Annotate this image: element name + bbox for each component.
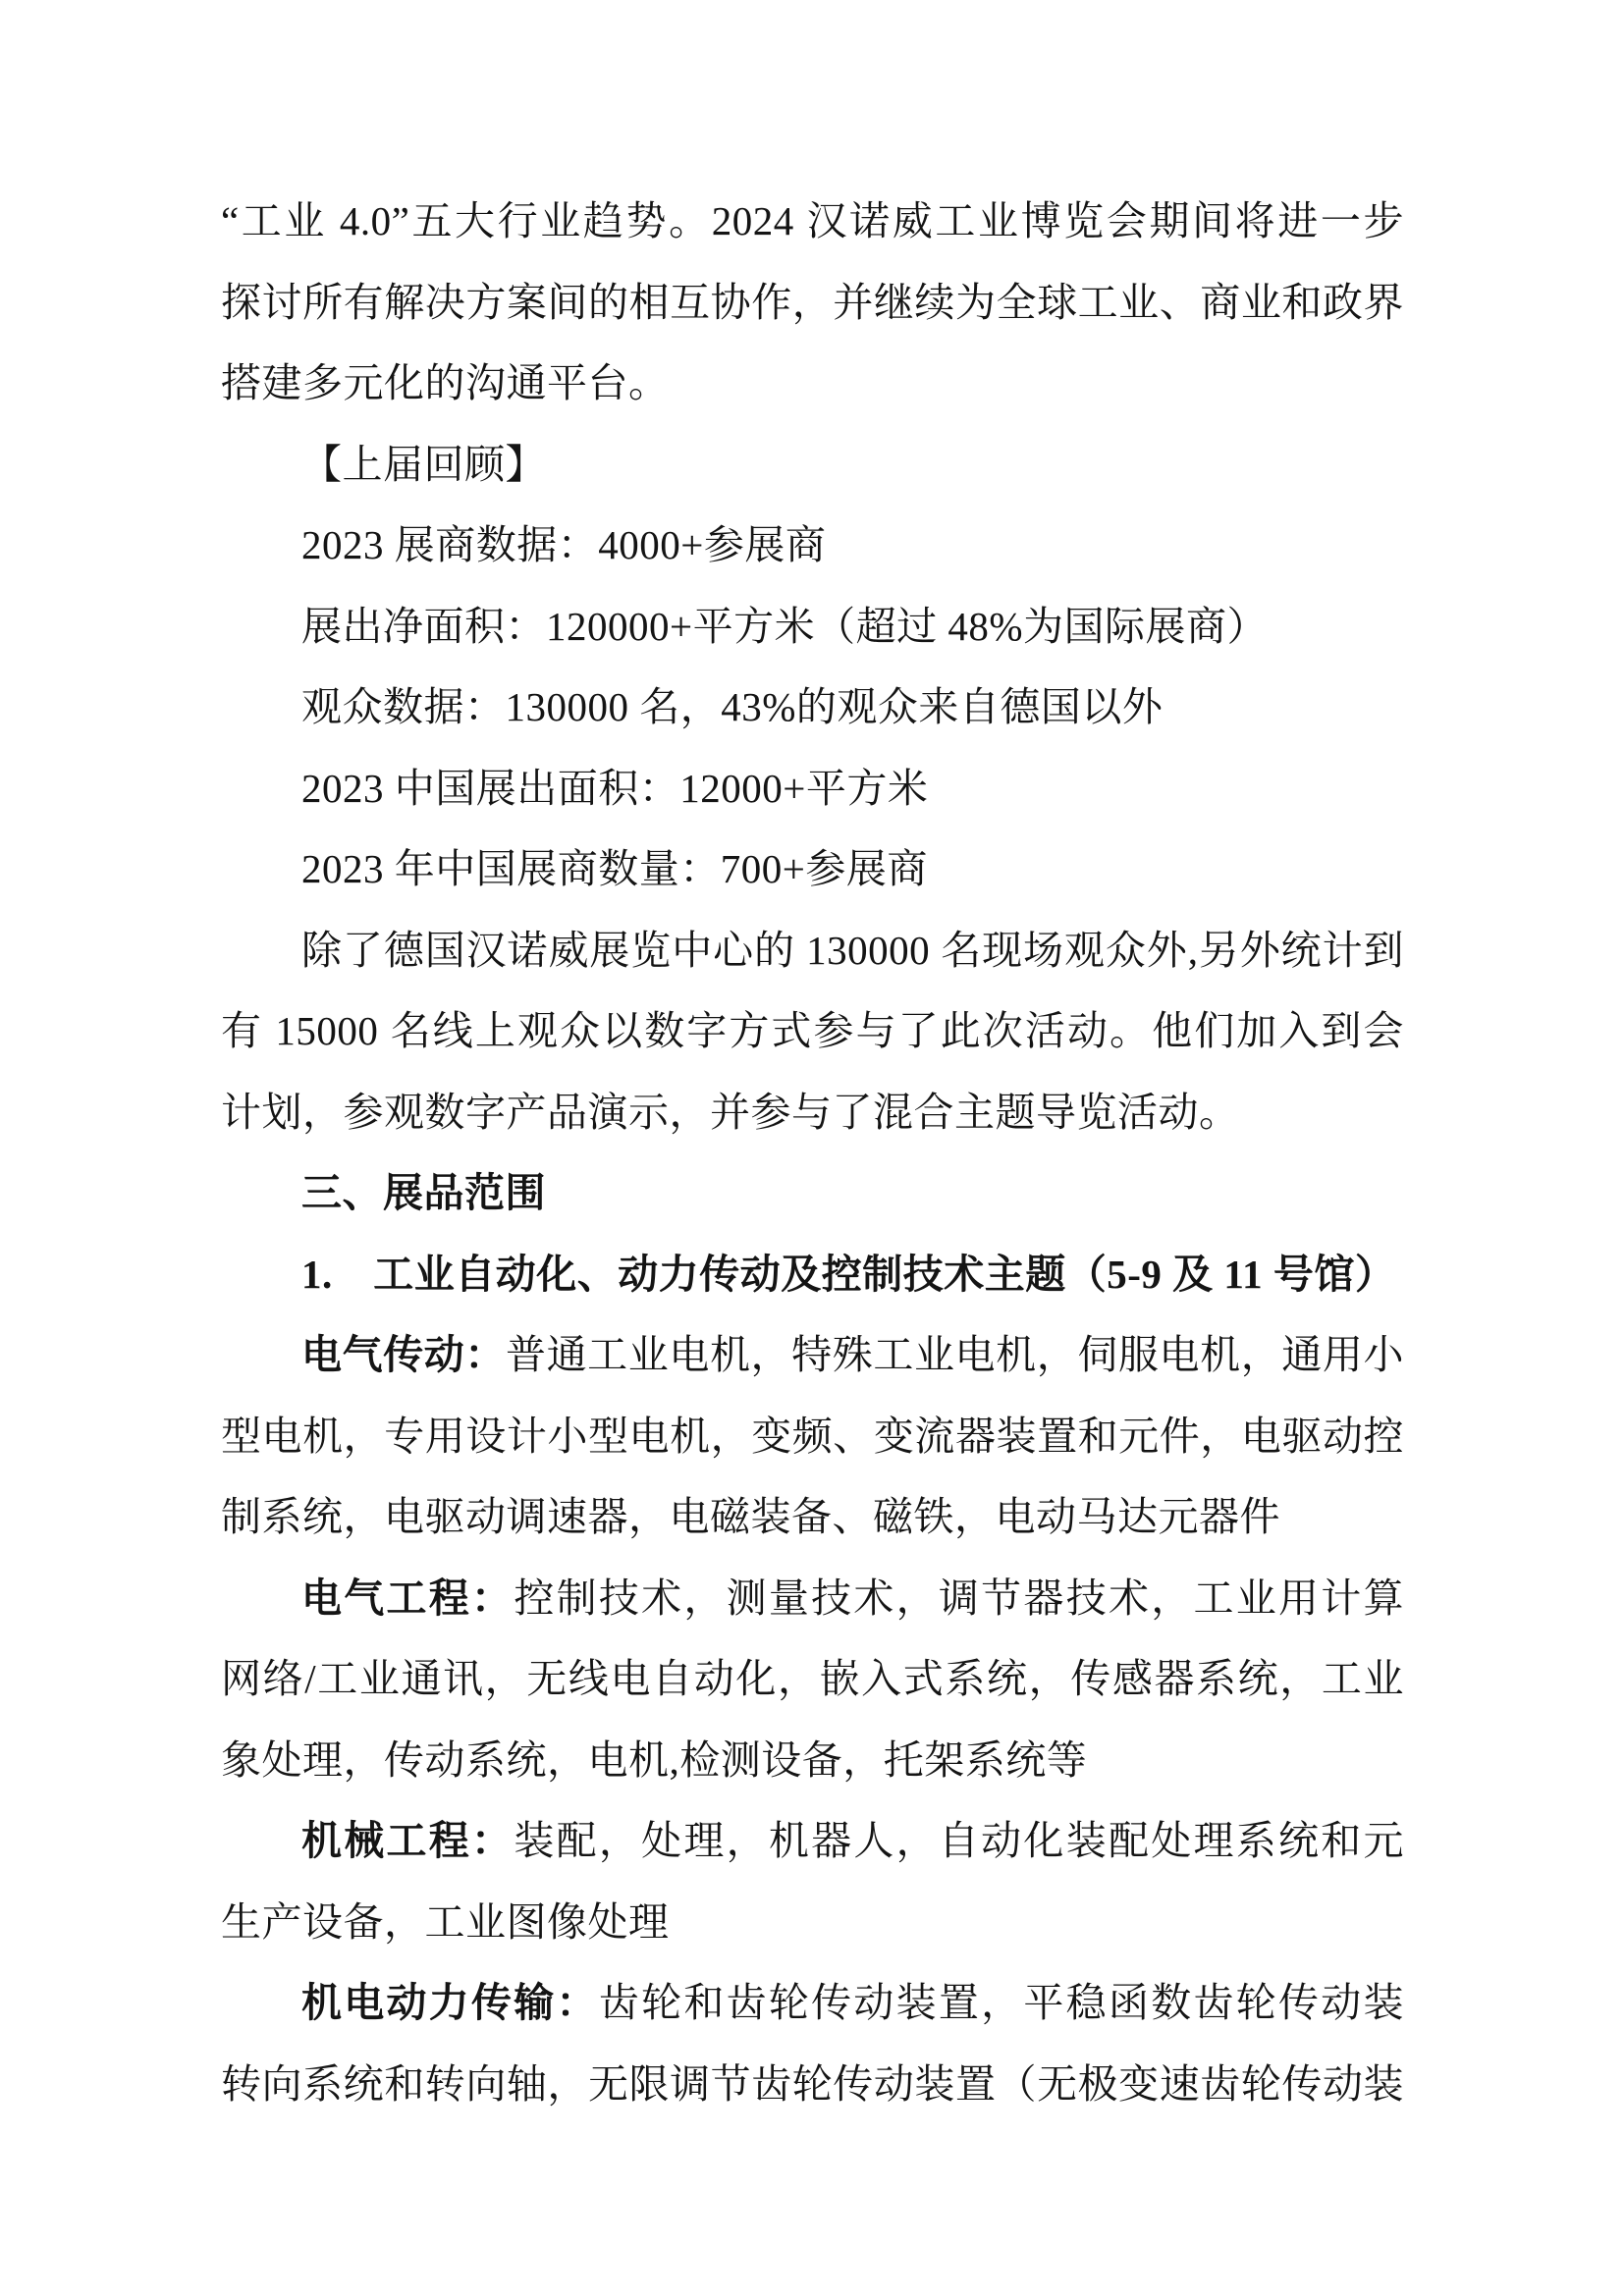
- text-line: 有 15000 名线上观众以数字方式参与了此次活动。他们加入到会议: [221, 990, 1404, 1072]
- text-segment: 有 15000 名线上观众以数字方式参与了此次活动。他们加入到会议: [221, 1008, 1404, 1072]
- text-line: 电气工程：控制技术，测量技术，调节器技术，工业用计算机，: [221, 1558, 1404, 1639]
- text-segment: 2023 年中国展商数量：700+参展商: [301, 846, 928, 891]
- bold-text-segment: 电气传动：: [301, 1332, 506, 1377]
- text-line: 计划，参观数字产品演示，并参与了混合主题导览活动。: [221, 1072, 1404, 1153]
- text-line: 1. 工业自动化、动力传动及控制技术主题（5-9 及 11 号馆）: [221, 1234, 1404, 1315]
- text-line: 【上届回顾】: [221, 424, 1404, 506]
- text-line: 展出净面积：120000+平方米（超过 48%为国际展商）: [221, 586, 1404, 667]
- bold-text-segment: 机电动力传输：: [301, 1980, 599, 2025]
- text-line: 型电机，专用设计小型电机，变频、变流器装置和元件，电驱动控: [221, 1396, 1404, 1477]
- text-segment: 计划，参观数字产品演示，并参与了混合主题导览活动。: [221, 1090, 1240, 1135]
- text-line: 2023 中国展出面积：12000+平方米: [221, 748, 1404, 829]
- text-line: “工业 4.0”五大行业趋势。2024 汉诺威工业博览会期间将进一步: [221, 181, 1404, 262]
- text-line: 生产设备，工业图像处理: [221, 1882, 1404, 1963]
- text-segment: 【上届回顾】: [301, 442, 546, 487]
- text-segment: 2023 中国展出面积：12000+平方米: [301, 766, 928, 811]
- text-segment: 网络/工业通讯，无线电自动化，嵌入式系统，传感器系统，工业图: [221, 1656, 1404, 1720]
- text-segment: 型电机，专用设计小型电机，变频、变流器装置和元件，电驱动控: [221, 1414, 1404, 1459]
- text-line: 制系统，电驱动调速器，电磁装备、磁铁，电动马达元器件: [221, 1476, 1404, 1558]
- text-line: 网络/工业通讯，无线电自动化，嵌入式系统，传感器系统，工业图: [221, 1638, 1404, 1720]
- text-line: 转向系统和转向轴，无限调节齿轮传动装置（无极变速齿轮传动装: [221, 2044, 1404, 2125]
- document-content: “工业 4.0”五大行业趋势。2024 汉诺威工业博览会期间将进一步探讨所有解决…: [221, 181, 1404, 2124]
- text-segment: 观众数据：130000 名，43%的观众来自德国以外: [301, 684, 1163, 729]
- text-line: 象处理，传动系统，电机,检测设备，托架系统等: [221, 1720, 1404, 1801]
- document-page: “工业 4.0”五大行业趋势。2024 汉诺威工业博览会期间将进一步探讨所有解决…: [0, 0, 1624, 2296]
- text-segment: 普通工业电机，特殊工业电机，伺服电机，通用小: [506, 1332, 1404, 1377]
- bold-text-segment: 1. 工业自动化、动力传动及控制技术主题（5-9 及 11 号馆）: [301, 1252, 1395, 1297]
- text-line: 三、展品范围: [221, 1152, 1404, 1234]
- bold-text-segment: 机械工程：: [301, 1818, 514, 1863]
- text-line: 机电动力传输：齿轮和齿轮传动装置，平稳函数齿轮传动装置，: [221, 1962, 1404, 2044]
- text-segment: 展出净面积：120000+平方米（超过 48%为国际展商）: [301, 604, 1268, 649]
- text-line: 除了德国汉诺威展览中心的 130000 名现场观众外,另外统计到: [221, 910, 1404, 991]
- text-line: 2023 展商数据：4000+参展商: [221, 505, 1404, 586]
- text-line: 2023 年中国展商数量：700+参展商: [221, 828, 1404, 910]
- text-segment: 转向系统和转向轴，无限调节齿轮传动装置（无极变速齿轮传动装: [221, 2061, 1404, 2107]
- text-segment: 搭建多元化的沟通平台。: [221, 360, 670, 405]
- text-line: 搭建多元化的沟通平台。: [221, 343, 1404, 424]
- bold-text-segment: 电气工程：: [301, 1575, 514, 1621]
- text-segment: 象处理，传动系统，电机,检测设备，托架系统等: [221, 1737, 1087, 1783]
- text-segment: 2023 展商数据：4000+参展商: [301, 522, 826, 567]
- text-segment: 探讨所有解决方案间的相互协作，并继续为全球工业、商业和政界: [221, 280, 1404, 325]
- text-segment: 制系统，电驱动调速器，电磁装备、磁铁，电动马达元器件: [221, 1494, 1280, 1539]
- text-line: 电气传动：普通工业电机，特殊工业电机，伺服电机，通用小: [221, 1314, 1404, 1396]
- text-line: 探讨所有解决方案间的相互协作，并继续为全球工业、商业和政界: [221, 262, 1404, 344]
- text-segment: 除了德国汉诺威展览中心的 130000 名现场观众外,另外统计到: [301, 928, 1404, 973]
- text-segment: “工业 4.0”五大行业趋势。2024 汉诺威工业博览会期间将进一步: [221, 198, 1404, 243]
- text-line: 观众数据：130000 名，43%的观众来自德国以外: [221, 667, 1404, 748]
- text-segment: 生产设备，工业图像处理: [221, 1899, 670, 1945]
- bold-text-segment: 三、展品范围: [301, 1170, 546, 1215]
- text-line: 机械工程：装配，处理，机器人，自动化装配处理系统和元件，: [221, 1800, 1404, 1882]
